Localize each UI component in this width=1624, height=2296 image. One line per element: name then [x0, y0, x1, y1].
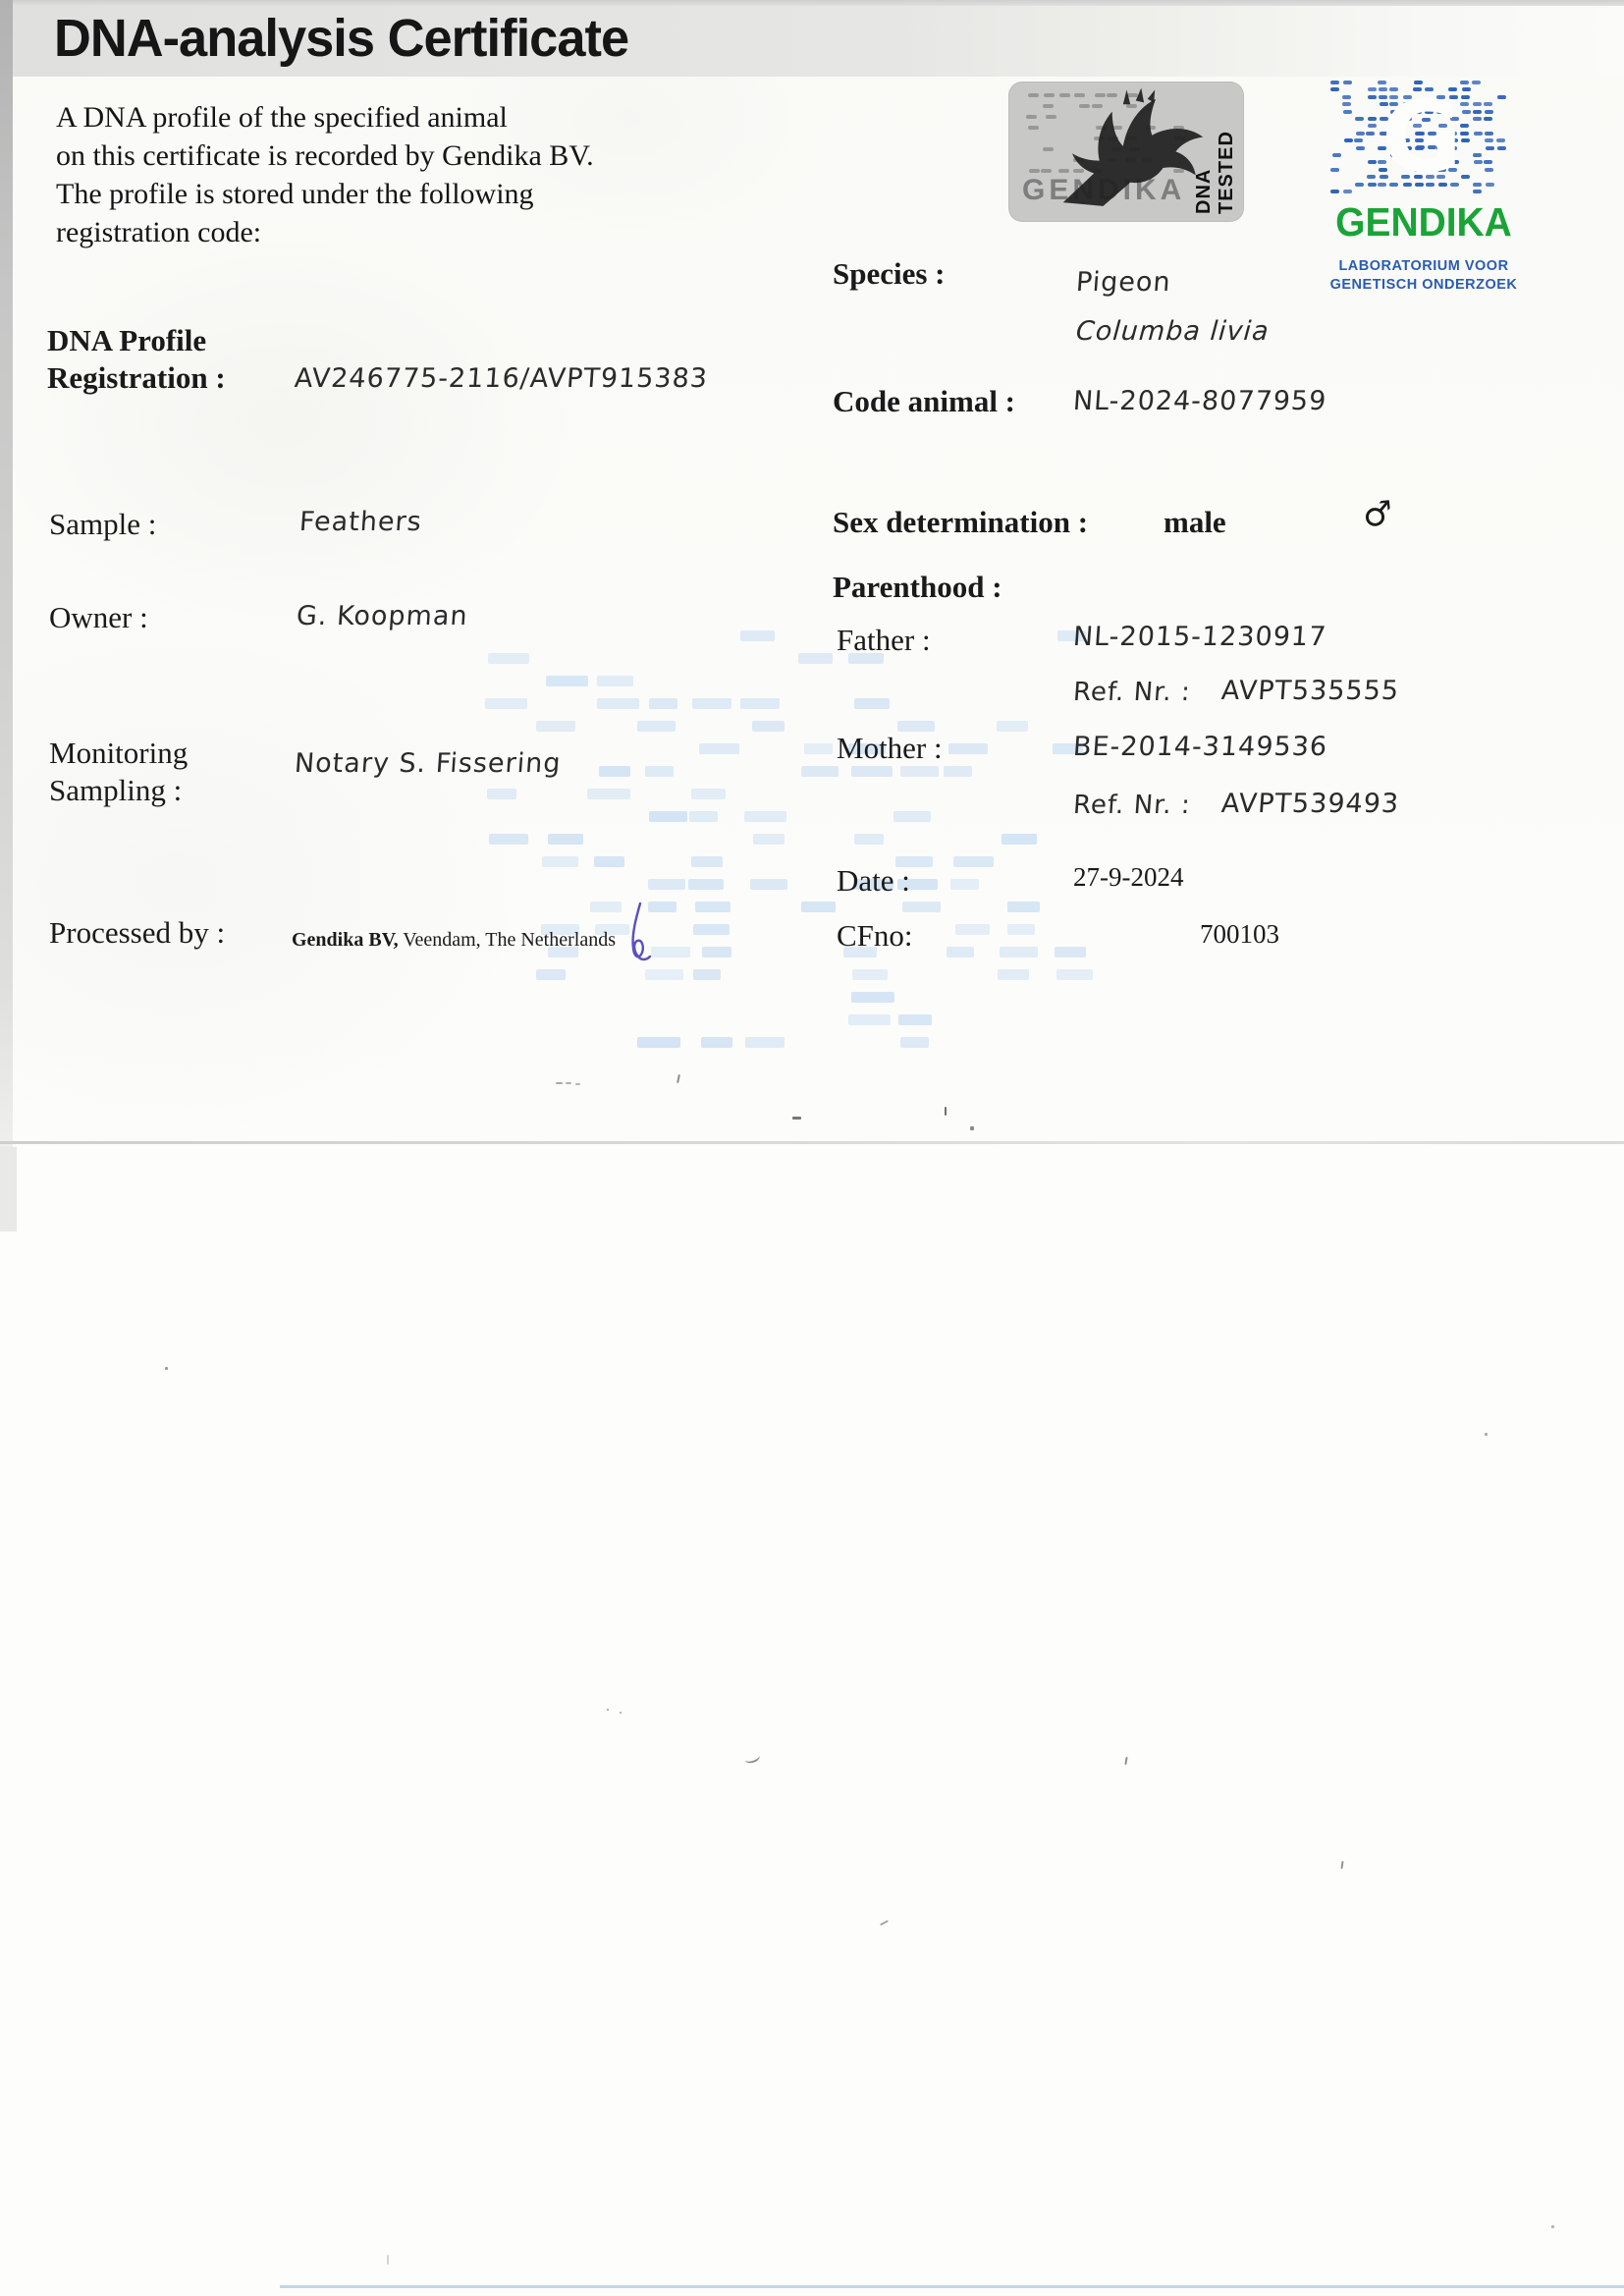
gel-band	[1474, 132, 1483, 136]
gel-band	[651, 947, 690, 957]
scan-speck	[792, 1117, 801, 1120]
gel-band	[900, 1037, 929, 1048]
gel-band	[902, 902, 941, 912]
gel-band	[1473, 117, 1482, 121]
male-symbol-icon: ♂	[1361, 494, 1394, 536]
signature-squiggle	[624, 902, 654, 966]
gel-band	[699, 743, 739, 754]
gel-band	[1056, 969, 1093, 980]
gel-band	[695, 902, 731, 912]
gel-band	[1055, 947, 1086, 957]
gel-band	[947, 947, 975, 957]
scan-speck	[556, 1082, 563, 1084]
gel-band	[801, 766, 839, 777]
field-dna-profile-label: DNA Profile Registration :	[47, 322, 226, 397]
gel-band	[1486, 183, 1494, 187]
field-code-animal-value: NL-2024-8077959	[1073, 386, 1326, 416]
field-processed-by-label: Processed by :	[49, 914, 225, 952]
gel-band	[1342, 102, 1351, 106]
scan-speck	[620, 1712, 622, 1714]
gel-band	[854, 834, 884, 845]
scan-speck	[165, 1367, 168, 1370]
gel-band	[944, 766, 971, 777]
gel-band	[1368, 87, 1377, 91]
gel-band	[1330, 190, 1339, 193]
processed-by-company: Gendika BV,	[292, 929, 399, 951]
gel-band	[1343, 190, 1352, 193]
gel-band	[1368, 117, 1377, 121]
scan-speck	[880, 1920, 889, 1926]
scan-speck	[387, 2255, 389, 2265]
gel-band	[740, 698, 780, 709]
gel-band	[1422, 118, 1431, 122]
field-date-value: 27-9-2024	[1073, 862, 1183, 893]
gel-band	[485, 698, 526, 709]
gel-band	[852, 969, 889, 980]
gel-band	[587, 789, 630, 799]
gel-band	[1461, 138, 1470, 142]
flying-pigeon-icon	[1036, 83, 1218, 216]
gel-band	[804, 743, 833, 754]
gel-band	[649, 811, 687, 822]
gel-band	[1330, 87, 1339, 91]
intro-line: The profile is stored under the followin…	[56, 175, 594, 213]
gel-band	[1473, 190, 1482, 193]
gel-band	[1330, 168, 1339, 172]
label-line: Registration :	[47, 359, 226, 397]
gel-band	[599, 766, 630, 777]
field-sex-value: male	[1164, 504, 1226, 541]
gel-band	[693, 924, 730, 935]
gel-band	[750, 879, 787, 890]
gel-band	[848, 1014, 891, 1025]
gel-band	[536, 969, 567, 980]
gel-band	[1007, 924, 1035, 935]
gel-band	[1485, 110, 1493, 114]
gel-band	[1485, 168, 1493, 172]
gel-band	[1343, 110, 1352, 114]
gel-band	[597, 698, 639, 709]
gel-band	[691, 789, 725, 799]
gel-band	[948, 743, 988, 754]
field-father-ref-value: AVPT535555	[1221, 676, 1399, 706]
field-cfno-value: 700103	[1200, 919, 1279, 950]
gel-band	[1367, 175, 1376, 179]
scan-speck	[945, 1107, 947, 1116]
field-sample-label: Sample :	[49, 506, 156, 543]
scan-speck	[1551, 2225, 1554, 2228]
gel-band	[691, 856, 722, 867]
gel-band	[1461, 175, 1470, 179]
gel-band	[692, 698, 731, 709]
gel-band	[1330, 81, 1339, 84]
gel-band	[1000, 947, 1038, 957]
tagline-line: LABORATORIUM VOOR	[1320, 257, 1528, 276]
gel-band	[594, 856, 624, 867]
gel-band	[1368, 124, 1377, 128]
gel-band	[1343, 81, 1352, 84]
gel-band	[950, 879, 979, 890]
intro-line: on this certificate is recorded by Gendi…	[56, 137, 594, 175]
gel-band	[693, 969, 721, 980]
gel-band	[645, 969, 684, 980]
gel-band	[1496, 138, 1505, 142]
gel-band	[1484, 102, 1492, 106]
scan-bottom-line	[280, 2285, 1624, 2288]
gel-band	[801, 902, 835, 912]
gel-band	[645, 766, 674, 777]
gel-band	[745, 1037, 785, 1048]
page-title: DNA-analysis Certificate	[54, 8, 628, 69]
gel-band	[637, 1037, 680, 1048]
gel-band	[1497, 146, 1506, 150]
field-sample-value: Feathers	[299, 507, 422, 537]
gel-band	[898, 1014, 932, 1025]
gel-band	[851, 992, 894, 1003]
gel-band	[1485, 138, 1493, 142]
processed-by-location: Veendam, The Netherlands	[399, 929, 616, 951]
gel-band	[955, 924, 990, 935]
gel-band	[900, 766, 939, 777]
scanned-certificate-page: DNA-analysis Certificate A DNA profile o…	[0, 0, 1624, 2296]
gel-band	[689, 811, 718, 822]
logo-monogram: G	[1381, 88, 1462, 187]
gel-band	[1473, 153, 1482, 157]
gel-band	[1342, 95, 1351, 99]
field-processed-by-value: Gendika BV, Veendam, The Netherlands	[292, 921, 616, 958]
gel-band	[851, 766, 893, 777]
gel-band	[701, 1037, 731, 1048]
gel-band	[597, 676, 632, 686]
gel-band	[1497, 95, 1506, 99]
gel-band	[1355, 183, 1364, 187]
gel-band	[893, 811, 931, 822]
gel-band	[1474, 160, 1483, 164]
gel-band	[546, 676, 588, 686]
gel-band	[590, 902, 622, 912]
field-owner-label: Owner :	[49, 599, 148, 636]
gel-band	[1355, 117, 1364, 121]
gel-band	[1484, 160, 1492, 164]
gel-band	[753, 834, 785, 845]
gel-band	[1473, 110, 1482, 114]
gel-band	[740, 630, 775, 641]
field-parenthood-label: Parenthood :	[833, 569, 1002, 606]
intro-line: A DNA profile of the specified animal	[56, 98, 594, 137]
field-mother-ref-value: AVPT539493	[1221, 789, 1399, 819]
field-sex-label: Sex determination :	[833, 504, 1088, 541]
gel-band	[648, 879, 684, 890]
gel-band	[488, 653, 529, 664]
scan-speck	[566, 1082, 571, 1084]
scan-left-edge-lower	[0, 1147, 17, 1231]
gel-band	[1368, 160, 1377, 164]
field-cfno-label: CFno:	[837, 917, 913, 955]
stamp-vertical-label: DNA TESTED	[1193, 89, 1238, 214]
gel-band	[1485, 132, 1493, 136]
gel-band	[1368, 183, 1377, 187]
gel-band	[1473, 102, 1482, 106]
gel-band	[1484, 117, 1492, 121]
scan-speck	[970, 1126, 974, 1130]
gel-band	[752, 721, 785, 732]
gel-band	[1416, 132, 1425, 136]
gel-band	[1416, 145, 1425, 149]
intro-line: registration code:	[56, 213, 594, 251]
gel-band	[1368, 95, 1377, 99]
field-mother-ref-label: Ref. Nr. :	[1073, 791, 1191, 820]
gel-band	[702, 947, 732, 957]
gendika-logo-wordmark: GENDIKA	[1332, 199, 1515, 246]
field-father-ref-label: Ref. Nr. :	[1073, 678, 1191, 707]
label-line: DNA Profile	[47, 322, 226, 359]
field-owner-value: G. Koopman	[297, 601, 468, 631]
gel-band	[487, 789, 516, 799]
scan-speck	[1340, 1861, 1343, 1869]
gel-band	[637, 721, 676, 732]
gel-band	[649, 698, 677, 709]
field-father-label: Father :	[837, 622, 931, 659]
field-species-value: Pigeon	[1076, 267, 1171, 298]
gel-band	[1344, 138, 1353, 142]
field-mother-value: BE-2014-3149536	[1073, 732, 1327, 762]
gel-band	[744, 811, 786, 822]
scan-speck	[607, 1709, 609, 1711]
gendika-logo-mark: G	[1331, 81, 1512, 198]
gel-band	[854, 698, 890, 709]
field-code-animal-label: Code animal :	[833, 383, 1015, 420]
gel-band	[542, 856, 578, 867]
field-date-label: Date :	[837, 862, 910, 900]
gel-band	[1472, 81, 1481, 84]
gel-band	[1428, 145, 1436, 149]
gel-band	[1486, 146, 1494, 150]
dna-tested-stamp: GENDIKA DNA TESTED	[1008, 82, 1244, 222]
gel-band	[1462, 110, 1471, 114]
gel-band	[1428, 132, 1436, 136]
gel-band	[1354, 138, 1363, 142]
scan-speck	[575, 1083, 580, 1085]
field-monitoring-label: Monitoring Sampling :	[49, 735, 188, 809]
gendika-logo-tagline: LABORATORIUM VOOR GENETISCH ONDERZOEK	[1320, 257, 1528, 295]
gel-band	[489, 834, 529, 845]
gel-band	[1462, 87, 1471, 91]
gel-band	[1007, 902, 1040, 912]
gel-band	[536, 721, 575, 732]
field-father-value: NL-2015-1230917	[1073, 622, 1326, 652]
gel-band	[1001, 834, 1037, 845]
field-monitoring-value: Notary S. Fissering	[295, 748, 561, 779]
intro-paragraph: A DNA profile of the specified animal on…	[56, 98, 594, 251]
gel-band	[548, 834, 582, 845]
gel-band	[1332, 153, 1341, 157]
gel-band	[1356, 132, 1365, 136]
gel-band	[798, 653, 832, 664]
label-line: Sampling :	[49, 772, 188, 809]
scan-speck	[1124, 1757, 1127, 1765]
scan-curve-mark	[743, 1750, 762, 1765]
field-species-latin: Columba livia	[1076, 316, 1270, 347]
label-line: Monitoring	[49, 735, 188, 772]
tagline-line: GENETISCH ONDERZOEK	[1320, 276, 1528, 295]
gel-band	[998, 969, 1029, 980]
gel-band	[688, 879, 724, 890]
scan-speck	[1485, 1433, 1488, 1436]
gel-band	[1356, 146, 1365, 150]
field-dna-profile-value: AV246775-2116/AVPT915383	[295, 363, 708, 394]
gel-band	[997, 721, 1027, 732]
field-mother-label: Mother :	[837, 730, 943, 767]
field-species-label: Species :	[833, 255, 946, 293]
gel-band	[1366, 132, 1375, 136]
gel-band	[953, 856, 995, 867]
gel-band	[1473, 183, 1482, 187]
